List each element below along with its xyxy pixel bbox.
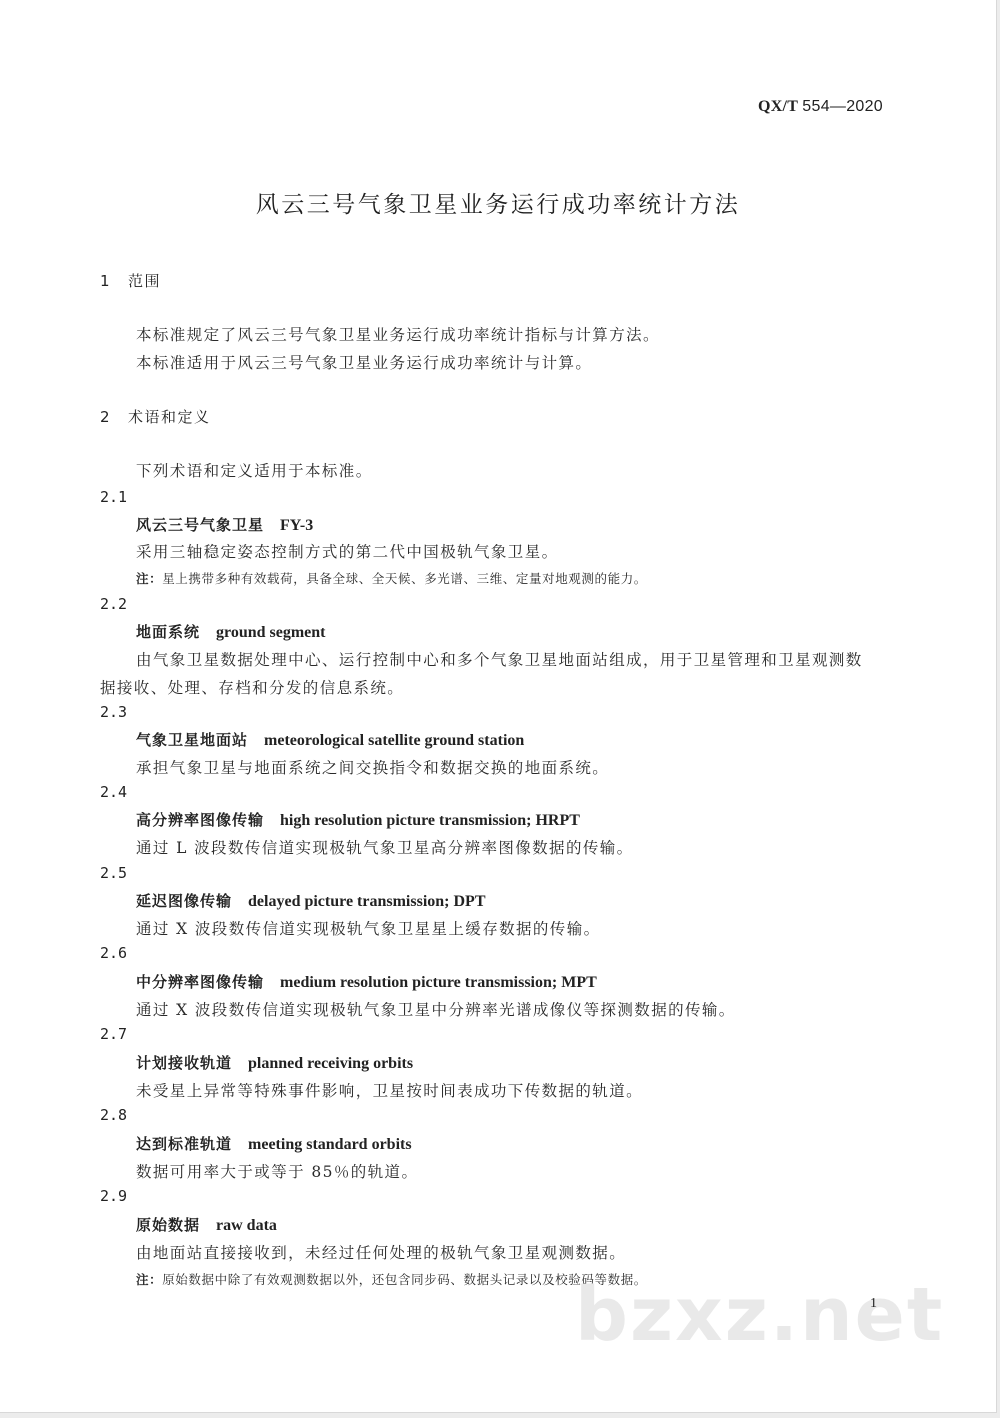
definition: 由地面站直接接收到，未经过任何处理的极轨气象卫星观测数据。 [136, 1241, 626, 1263]
term-en: ground segment [216, 624, 326, 641]
clause-number: 2.1 [100, 488, 127, 506]
term-heading: 高分辨率图像传输high resolution picture transmis… [136, 809, 580, 830]
definition-continued: 据接收、处理、存档和分发的信息系统。 [100, 676, 404, 698]
watermark: bzxz.net [575, 1272, 944, 1358]
term-en: delayed picture transmission; DPT [248, 893, 485, 910]
definition: 承担气象卫星与地面系统之间交换指令和数据交换的地面系统。 [136, 756, 609, 778]
term-zh: 中分辨率图像传输 [136, 973, 264, 991]
section-title: 术语和定义 [128, 408, 211, 426]
term-zh: 气象卫星地面站 [136, 731, 248, 749]
definition: 未受星上异常等特殊事件影响，卫星按时间表成功下传数据的轨道。 [136, 1079, 643, 1101]
definition: 通过 X 波段数传信道实现极轨气象卫星星上缓存数据的传输。 [136, 917, 601, 939]
note-label: 注： [136, 571, 162, 586]
term-zh: 延迟图像传输 [136, 892, 232, 910]
page-number: 1 [870, 1296, 877, 1312]
document-page: QX/T 554—2020 风云三号气象卫星业务运行成功率统计方法 1范围 本标… [0, 0, 997, 1413]
term-heading: 中分辨率图像传输medium resolution picture transm… [136, 971, 597, 992]
section-number: 2 [100, 408, 128, 426]
clause-number: 2.7 [100, 1025, 127, 1043]
paragraph: 本标准适用于风云三号气象卫星业务运行成功率统计与计算。 [136, 351, 592, 373]
definition: 通过 X 波段数传信道实现极轨气象卫星中分辨率光谱成像仪等探测数据的传输。 [136, 998, 736, 1020]
term-zh: 原始数据 [136, 1216, 200, 1234]
standard-prefix: QX/T [758, 98, 798, 115]
term-heading: 风云三号气象卫星FY-3 [136, 514, 313, 535]
term-zh: 地面系统 [136, 623, 200, 641]
clause-number: 2.9 [100, 1187, 127, 1205]
term-heading: 地面系统ground segment [136, 621, 326, 642]
section-heading-terms: 2术语和定义 [100, 406, 211, 427]
section-title: 范围 [128, 272, 161, 290]
note: 注：原始数据中除了有效观测数据以外，还包含同步码、数据头记录以及校验码等数据。 [136, 1270, 647, 1288]
term-zh: 风云三号气象卫星 [136, 516, 264, 534]
paragraph: 下列术语和定义适用于本标准。 [136, 459, 373, 481]
clause-number: 2.3 [100, 703, 127, 721]
term-en: FY-3 [280, 517, 313, 534]
clause-number: 2.8 [100, 1106, 127, 1124]
term-en: medium resolution picture transmission; … [280, 974, 597, 991]
note-label: 注： [136, 1272, 162, 1287]
document-title: 风云三号气象卫星业务运行成功率统计方法 [0, 186, 996, 219]
standard-number: 554—2020 [802, 98, 883, 115]
definition: 由气象卫星数据处理中心、运行控制中心和多个气象卫星地面站组成，用于卫星管理和卫星… [136, 648, 863, 670]
note: 注：星上携带多种有效载荷，具备全球、全天候、多光谱、三维、定量对地观测的能力。 [136, 569, 647, 587]
definition: 通过 L 波段数传信道实现极轨气象卫星高分辨率图像数据的传输。 [136, 836, 634, 858]
term-en: meeting standard orbits [248, 1136, 412, 1153]
term-heading: 气象卫星地面站meteorological satellite ground s… [136, 729, 524, 750]
term-heading: 计划接收轨道planned receiving orbits [136, 1052, 413, 1073]
term-heading: 延迟图像传输delayed picture transmission; DPT [136, 890, 486, 911]
clause-number: 2.2 [100, 595, 127, 613]
term-en: meteorological satellite ground station [264, 732, 524, 749]
clause-number: 2.4 [100, 783, 127, 801]
term-zh: 高分辨率图像传输 [136, 811, 264, 829]
term-en: raw data [216, 1217, 277, 1234]
term-heading: 达到标准轨道meeting standard orbits [136, 1133, 412, 1154]
section-number: 1 [100, 272, 128, 290]
definition: 采用三轴稳定姿态控制方式的第二代中国极轨气象卫星。 [136, 540, 559, 562]
term-zh: 达到标准轨道 [136, 1135, 232, 1153]
section-heading-scope: 1范围 [100, 270, 161, 291]
term-en: high resolution picture transmission; HR… [280, 812, 580, 829]
term-zh: 计划接收轨道 [136, 1054, 232, 1072]
clause-number: 2.5 [100, 864, 127, 882]
paragraph: 本标准规定了风云三号气象卫星业务运行成功率统计指标与计算方法。 [136, 323, 660, 345]
note-text: 星上携带多种有效载荷，具备全球、全天候、多光谱、三维、定量对地观测的能力。 [162, 571, 647, 586]
definition: 数据可用率大于或等于 85％的轨道。 [136, 1160, 418, 1182]
term-heading: 原始数据raw data [136, 1214, 277, 1235]
standard-code: QX/T 554—2020 [758, 98, 883, 116]
clause-number: 2.6 [100, 944, 127, 962]
term-en: planned receiving orbits [248, 1055, 413, 1072]
